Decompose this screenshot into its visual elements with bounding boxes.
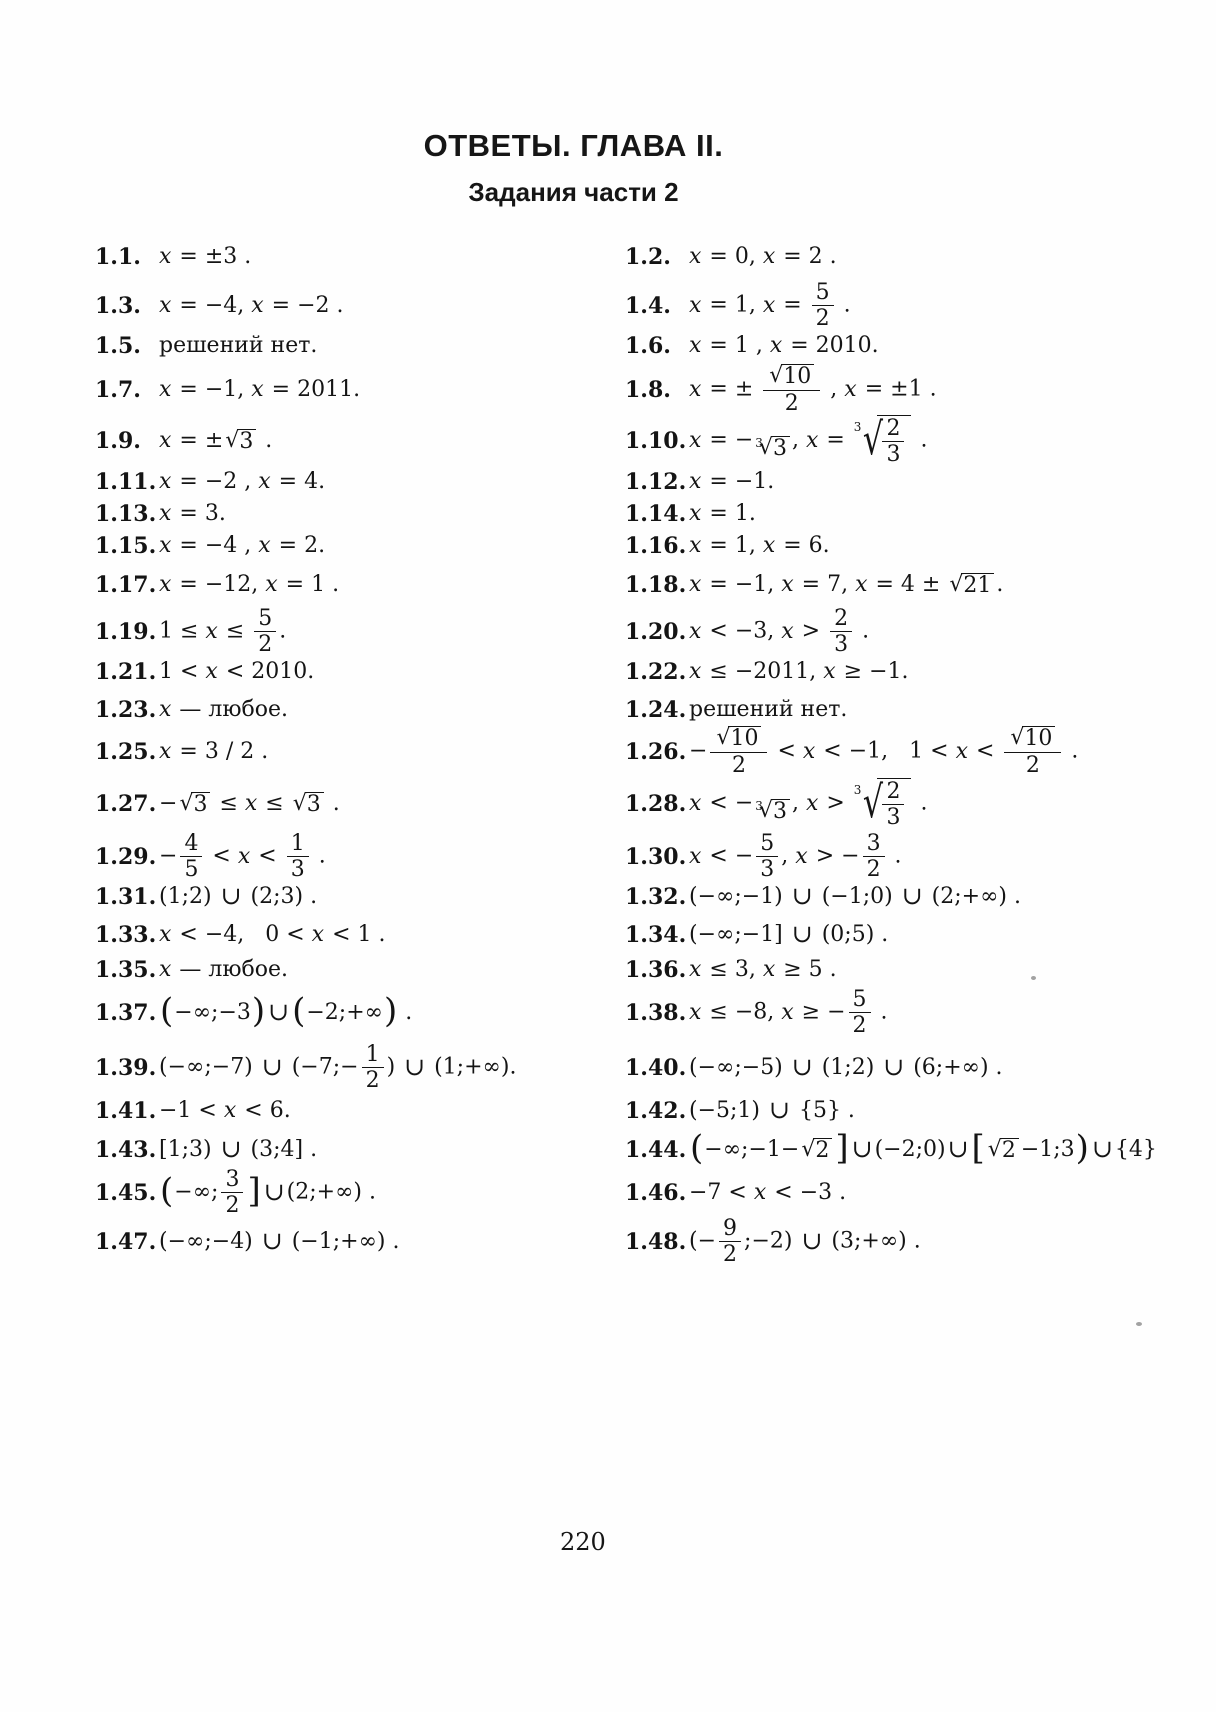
answer-number: 1.40. bbox=[625, 1052, 689, 1084]
answer-expression: x = 1, x = 52 . bbox=[689, 281, 851, 330]
answer-row: 1.23. x — любое. 1.24. решений нет. bbox=[95, 694, 1176, 726]
answer-number: 1.23. bbox=[95, 694, 159, 726]
answer-item-1-37: 1.37. (−∞;−3)∪(−2;+∞) . bbox=[95, 997, 625, 1029]
answer-number: 1.25. bbox=[95, 736, 159, 768]
book-page: ОТВЕТЫ. ГЛАВА II. Задания части 2 1.1. x… bbox=[0, 0, 1216, 1712]
answer-expression: x < −3, x > 23 . bbox=[689, 607, 869, 656]
answer-number: 1.6. bbox=[625, 330, 689, 362]
answer-item-1-17: 1.17. x = −12, x = 1 . bbox=[95, 569, 625, 601]
answer-expression: x < −4, 0 < x < 1 . bbox=[159, 919, 386, 951]
answer-expression: (−92;−2) ∪ (3;+∞) . bbox=[689, 1217, 921, 1266]
answer-item-1-21: 1.21. 1 < x < 2010. bbox=[95, 656, 625, 688]
answer-item-1-13: 1.13. x = 3. bbox=[95, 498, 625, 530]
answer-expression: x = −1. bbox=[689, 466, 774, 498]
answer-number: 1.33. bbox=[95, 919, 159, 951]
answer-number: 1.29. bbox=[95, 841, 159, 873]
answer-item-1-5: 1.5. решений нет. bbox=[95, 330, 625, 362]
answer-number: 1.31. bbox=[95, 881, 159, 913]
answer-item-1-33: 1.33. x < −4, 0 < x < 1 . bbox=[95, 919, 625, 951]
answer-item-1-39: 1.39. (−∞;−7) ∪ (−7;−12) ∪ (1;+∞). bbox=[95, 1043, 625, 1092]
answer-item-1-47: 1.47. (−∞;−4) ∪ (−1;+∞) . bbox=[95, 1226, 625, 1258]
answer-number: 1.46. bbox=[625, 1177, 689, 1209]
answer-row: 1.45. (−∞;32]∪(2;+∞) . 1.46. −7 < x < −3… bbox=[95, 1168, 1176, 1217]
answer-item-1-42: 1.42. (−5;1) ∪ {5} . bbox=[625, 1095, 1176, 1127]
answer-item-1-48: 1.48. (−92;−2) ∪ (3;+∞) . bbox=[625, 1217, 1176, 1266]
answer-item-1-20: 1.20. x < −3, x > 23 . bbox=[625, 607, 1176, 656]
answer-item-1-11: 1.11. x = −2 , x = 4. bbox=[95, 466, 625, 498]
answer-item-1-31: 1.31. (1;2) ∪ (2;3) . bbox=[95, 881, 625, 913]
answer-expression: x = −12, x = 1 . bbox=[159, 569, 339, 601]
answer-expression: (−∞;−3)∪(−2;+∞) . bbox=[159, 997, 412, 1029]
answer-number: 1.41. bbox=[95, 1095, 159, 1127]
answer-row: 1.9. x = ±√3 . 1.10. x = −3√3, x = 3√23 … bbox=[95, 415, 1176, 466]
answer-item-1-26: 1.26. −√102 < x < −1, 1 < x < √102 . bbox=[625, 726, 1176, 777]
answer-item-1-35: 1.35. x — любое. bbox=[95, 954, 625, 986]
answer-expression: 1 < x < 2010. bbox=[159, 656, 314, 688]
answer-item-1-22: 1.22. x ≤ −2011, x ≥ −1. bbox=[625, 656, 1176, 688]
answer-item-1-29: 1.29. −45 < x < 13 . bbox=[95, 832, 625, 881]
scan-speck bbox=[1136, 1322, 1142, 1326]
answer-expression: x = ± √102 , x = ±1 . bbox=[689, 364, 937, 415]
answer-row: 1.43. [1;3) ∪ (3;4] . 1.44. (−∞;−1−√2]∪(… bbox=[95, 1134, 1176, 1166]
scan-speck bbox=[1031, 976, 1036, 980]
answer-number: 1.21. bbox=[95, 656, 159, 688]
answer-item-1-40: 1.40. (−∞;−5) ∪ (1;2) ∪ (6;+∞) . bbox=[625, 1052, 1176, 1084]
answer-number: 1.34. bbox=[625, 919, 689, 951]
answer-item-1-14: 1.14. x = 1. bbox=[625, 498, 1176, 530]
answer-expression: x = 3. bbox=[159, 498, 226, 530]
answer-expression: −1 < x < 6. bbox=[159, 1095, 291, 1127]
answer-expression: (−∞;−1−√2]∪(−2;0)∪[√2−1;3)∪{4} bbox=[689, 1134, 1157, 1166]
answer-number: 1.47. bbox=[95, 1226, 159, 1258]
answer-item-1-19: 1.19. 1 ≤ x ≤ 52. bbox=[95, 607, 625, 656]
answer-expression: −45 < x < 13 . bbox=[159, 832, 326, 881]
answer-expression: x = −1, x = 7, x = 4 ± √21. bbox=[689, 569, 1003, 601]
answer-number: 1.9. bbox=[95, 425, 159, 457]
answer-expression: x = 0, x = 2 . bbox=[689, 241, 837, 273]
answer-row: 1.29. −45 < x < 13 . 1.30. x < −53, x > … bbox=[95, 832, 1176, 881]
answer-item-1-10: 1.10. x = −3√3, x = 3√23 . bbox=[625, 415, 1176, 466]
answer-expression: x < −53, x > −32 . bbox=[689, 832, 902, 881]
answer-number: 1.43. bbox=[95, 1134, 159, 1166]
answer-number: 1.24. bbox=[625, 694, 689, 726]
answer-number: 1.37. bbox=[95, 997, 159, 1029]
answer-expression: −√102 < x < −1, 1 < x < √102 . bbox=[689, 726, 1078, 777]
answer-item-1-34: 1.34. (−∞;−1] ∪ (0;5) . bbox=[625, 919, 1176, 951]
answer-item-1-41: 1.41. −1 < x < 6. bbox=[95, 1095, 625, 1127]
answer-expression: x = −4, x = −2 . bbox=[159, 290, 344, 322]
answer-number: 1.45. bbox=[95, 1177, 159, 1209]
answer-number: 1.44. bbox=[625, 1134, 689, 1166]
page-title: ОТВЕТЫ. ГЛАВА II. bbox=[33, 128, 1114, 164]
answer-item-1-30: 1.30. x < −53, x > −32 . bbox=[625, 832, 1176, 881]
answer-item-1-7: 1.7. x = −1, x = 2011. bbox=[95, 374, 625, 406]
answer-number: 1.26. bbox=[625, 736, 689, 768]
answer-item-1-27: 1.27. −√3 ≤ x ≤ √3 . bbox=[95, 788, 625, 820]
answer-expression: x ≤ −8, x ≥ −52 . bbox=[689, 988, 888, 1037]
answer-expression: (−∞;32]∪(2;+∞) . bbox=[159, 1168, 376, 1217]
answer-item-1-23: 1.23. x — любое. bbox=[95, 694, 625, 726]
answer-expression: x = −3√3, x = 3√23 . bbox=[689, 415, 927, 466]
answer-expression: [1;3) ∪ (3;4] . bbox=[159, 1134, 317, 1166]
answer-item-1-44: 1.44. (−∞;−1−√2]∪(−2;0)∪[√2−1;3)∪{4} bbox=[625, 1134, 1176, 1166]
answer-number: 1.3. bbox=[95, 290, 159, 322]
answer-expression: x = 1, x = 6. bbox=[689, 530, 830, 562]
answer-item-1-25: 1.25. x = 3 / 2 . bbox=[95, 736, 625, 768]
answer-expression: x ≤ −2011, x ≥ −1. bbox=[689, 656, 909, 688]
answer-number: 1.36. bbox=[625, 954, 689, 986]
answer-number: 1.48. bbox=[625, 1226, 689, 1258]
answer-expression: решений нет. bbox=[159, 330, 317, 362]
answer-item-1-2: 1.2. x = 0, x = 2 . bbox=[625, 241, 1176, 273]
answer-expression: 1 ≤ x ≤ 52. bbox=[159, 607, 286, 656]
answer-item-1-3: 1.3. x = −4, x = −2 . bbox=[95, 290, 625, 322]
answer-number: 1.28. bbox=[625, 788, 689, 820]
answer-number: 1.32. bbox=[625, 881, 689, 913]
answer-expression: решений нет. bbox=[689, 694, 847, 726]
answer-number: 1.42. bbox=[625, 1095, 689, 1127]
answer-item-1-24: 1.24. решений нет. bbox=[625, 694, 1176, 726]
answer-row: 1.7. x = −1, x = 2011. 1.8. x = ± √102 ,… bbox=[95, 364, 1176, 415]
answer-number: 1.2. bbox=[625, 241, 689, 273]
answer-number: 1.39. bbox=[95, 1052, 159, 1084]
answer-item-1-9: 1.9. x = ±√3 . bbox=[95, 425, 625, 457]
answer-item-1-12: 1.12. x = −1. bbox=[625, 466, 1176, 498]
answer-item-1-45: 1.45. (−∞;32]∪(2;+∞) . bbox=[95, 1168, 625, 1217]
answer-number: 1.4. bbox=[625, 290, 689, 322]
answer-expression: x = ±3 . bbox=[159, 241, 251, 273]
answer-number: 1.27. bbox=[95, 788, 159, 820]
answer-number: 1.35. bbox=[95, 954, 159, 986]
answer-number: 1.14. bbox=[625, 498, 689, 530]
answer-row: 1.33. x < −4, 0 < x < 1 . 1.34. (−∞;−1] … bbox=[95, 919, 1176, 951]
answer-expression: x — любое. bbox=[159, 954, 288, 986]
answer-expression: x < −3√3, x > 3√23 . bbox=[689, 778, 927, 829]
answer-expression: x — любое. bbox=[159, 694, 288, 726]
answer-item-1-8: 1.8. x = ± √102 , x = ±1 . bbox=[625, 364, 1176, 415]
answer-item-1-1: 1.1. x = ±3 . bbox=[95, 241, 625, 273]
answer-row: 1.47. (−∞;−4) ∪ (−1;+∞) . 1.48. (−92;−2)… bbox=[95, 1217, 1176, 1266]
answer-expression: x = −4 , x = 2. bbox=[159, 530, 325, 562]
answer-expression: (−∞;−7) ∪ (−7;−12) ∪ (1;+∞). bbox=[159, 1043, 516, 1092]
answer-number: 1.15. bbox=[95, 530, 159, 562]
answer-row: 1.27. −√3 ≤ x ≤ √3 . 1.28. x < −3√3, x >… bbox=[95, 778, 1176, 829]
answer-number: 1.7. bbox=[95, 374, 159, 406]
answer-item-1-18: 1.18. x = −1, x = 7, x = 4 ± √21. bbox=[625, 569, 1176, 601]
answer-expression: −√3 ≤ x ≤ √3 . bbox=[159, 788, 340, 820]
answer-number: 1.30. bbox=[625, 841, 689, 873]
answer-expression: x = 3 / 2 . bbox=[159, 736, 268, 768]
answer-row: 1.39. (−∞;−7) ∪ (−7;−12) ∪ (1;+∞). 1.40.… bbox=[95, 1043, 1176, 1092]
answer-expression: x = 1 , x = 2010. bbox=[689, 330, 879, 362]
answer-item-1-6: 1.6. x = 1 , x = 2010. bbox=[625, 330, 1176, 362]
answer-item-1-43: 1.43. [1;3) ∪ (3;4] . bbox=[95, 1134, 625, 1166]
answer-item-1-16: 1.16. x = 1, x = 6. bbox=[625, 530, 1176, 562]
answer-number: 1.16. bbox=[625, 530, 689, 562]
answer-row: 1.35. x — любое. 1.36. x ≤ 3, x ≥ 5 . bbox=[95, 954, 1176, 986]
answer-number: 1.18. bbox=[625, 569, 689, 601]
answer-item-1-4: 1.4. x = 1, x = 52 . bbox=[625, 281, 1176, 330]
answer-item-1-32: 1.32. (−∞;−1) ∪ (−1;0) ∪ (2;+∞) . bbox=[625, 881, 1176, 913]
answer-number: 1.1. bbox=[95, 241, 159, 273]
answer-row: 1.13. x = 3. 1.14. x = 1. bbox=[95, 498, 1176, 530]
answer-item-1-15: 1.15. x = −4 , x = 2. bbox=[95, 530, 625, 562]
answer-expression: x ≤ 3, x ≥ 5 . bbox=[689, 954, 837, 986]
answer-expression: x = −2 , x = 4. bbox=[159, 466, 325, 498]
answer-expression: x = ±√3 . bbox=[159, 425, 272, 457]
answer-item-1-28: 1.28. x < −3√3, x > 3√23 . bbox=[625, 778, 1176, 829]
answer-number: 1.8. bbox=[625, 374, 689, 406]
answer-row: 1.3. x = −4, x = −2 . 1.4. x = 1, x = 52… bbox=[95, 281, 1176, 330]
answer-number: 1.17. bbox=[95, 569, 159, 601]
answer-expression: (−∞;−5) ∪ (1;2) ∪ (6;+∞) . bbox=[689, 1052, 1003, 1084]
answer-number: 1.22. bbox=[625, 656, 689, 688]
answer-expression: −7 < x < −3 . bbox=[689, 1177, 846, 1209]
answer-number: 1.38. bbox=[625, 997, 689, 1029]
answer-item-1-38: 1.38. x ≤ −8, x ≥ −52 . bbox=[625, 988, 1176, 1037]
answer-row: 1.1. x = ±3 . 1.2. x = 0, x = 2 . bbox=[95, 241, 1176, 273]
answer-row: 1.31. (1;2) ∪ (2;3) . 1.32. (−∞;−1) ∪ (−… bbox=[95, 881, 1176, 913]
answer-expression: (−∞;−4) ∪ (−1;+∞) . bbox=[159, 1226, 399, 1258]
answer-item-1-36: 1.36. x ≤ 3, x ≥ 5 . bbox=[625, 954, 1176, 986]
answer-number: 1.12. bbox=[625, 466, 689, 498]
answer-number: 1.11. bbox=[95, 466, 159, 498]
answer-expression: (−∞;−1) ∪ (−1;0) ∪ (2;+∞) . bbox=[689, 881, 1021, 913]
answer-number: 1.13. bbox=[95, 498, 159, 530]
answer-row: 1.21. 1 < x < 2010. 1.22. x ≤ −2011, x ≥… bbox=[95, 656, 1176, 688]
answer-row: 1.37. (−∞;−3)∪(−2;+∞) . 1.38. x ≤ −8, x … bbox=[95, 988, 1176, 1037]
answer-row: 1.17. x = −12, x = 1 . 1.18. x = −1, x =… bbox=[95, 569, 1176, 601]
answer-row: 1.19. 1 ≤ x ≤ 52. 1.20. x < −3, x > 23 . bbox=[95, 607, 1176, 656]
answer-number: 1.5. bbox=[95, 330, 159, 362]
answer-expression: (−∞;−1] ∪ (0;5) . bbox=[689, 919, 888, 951]
answer-expression: (1;2) ∪ (2;3) . bbox=[159, 881, 317, 913]
page-subtitle: Задания части 2 bbox=[33, 177, 1114, 207]
answer-row: 1.11. x = −2 , x = 4. 1.12. x = −1. bbox=[95, 466, 1176, 498]
answer-number: 1.10. bbox=[625, 425, 689, 457]
answer-expression: (−5;1) ∪ {5} . bbox=[689, 1095, 855, 1127]
answer-number: 1.19. bbox=[95, 616, 159, 648]
answers-list: 1.1. x = ±3 . 1.2. x = 0, x = 2 . 1.3. x… bbox=[95, 241, 1176, 1266]
answer-number: 1.20. bbox=[625, 616, 689, 648]
answer-row: 1.25. x = 3 / 2 . 1.26. −√102 < x < −1, … bbox=[95, 726, 1176, 777]
answer-row: 1.5. решений нет. 1.6. x = 1 , x = 2010. bbox=[95, 330, 1176, 362]
answer-row: 1.41. −1 < x < 6. 1.42. (−5;1) ∪ {5} . bbox=[95, 1095, 1176, 1127]
answer-row: 1.15. x = −4 , x = 2. 1.16. x = 1, x = 6… bbox=[95, 530, 1176, 562]
page-number: 220 bbox=[560, 1528, 606, 1556]
answer-expression: x = 1. bbox=[689, 498, 756, 530]
answer-item-1-46: 1.46. −7 < x < −3 . bbox=[625, 1177, 1176, 1209]
answer-expression: x = −1, x = 2011. bbox=[159, 374, 360, 406]
